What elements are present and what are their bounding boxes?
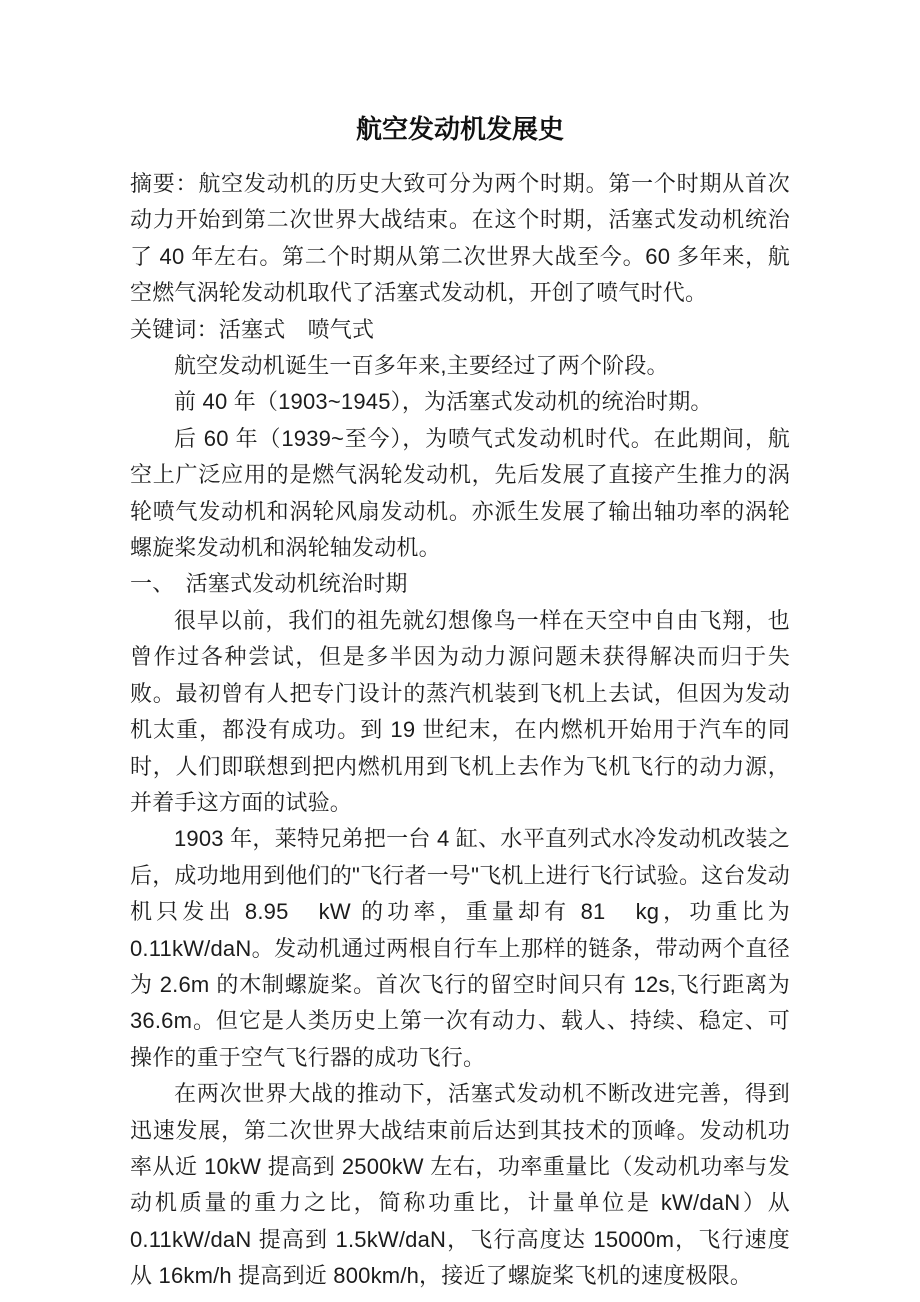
document-content: 航空发动机发展史 摘要：航空发动机的历史大致可分为两个时期。第一个时期从首次动力… — [130, 112, 790, 1295]
document-page: 航空发动机发展史 摘要：航空发动机的历史大致可分为两个时期。第一个时期从首次动力… — [0, 0, 920, 1302]
section-heading-piston-era: 一、 活塞式发动机统治时期 — [130, 566, 790, 602]
document-title: 航空发动机发展史 — [130, 112, 790, 146]
paragraph-world-wars: 在两次世界大战的推动下，活塞式发动机不断改进完善，得到迅速发展，第二次世界大战结… — [130, 1076, 790, 1294]
paragraph-wright-brothers: 1903 年，莱特兄弟把一台 4 缸、水平直列式水冷发动机改装之后，成功地用到他… — [130, 821, 790, 1076]
keywords-line: 关键词：活塞式 喷气式 — [130, 312, 790, 348]
paragraph-overview: 航空发动机诞生一百多年来,主要经过了两个阶段。 — [130, 348, 790, 384]
paragraph-first-40-years: 前 40 年（1903~1945），为活塞式发动机的统治时期。 — [130, 384, 790, 420]
paragraph-early-attempts: 很早以前，我们的祖先就幻想像鸟一样在天空中自由飞翔，也曾作过各种尝试，但是多半因… — [130, 603, 790, 821]
abstract-paragraph: 摘要：航空发动机的历史大致可分为两个时期。第一个时期从首次动力开始到第二次世界大… — [130, 166, 790, 312]
paragraph-last-60-years: 后 60 年（1939~至今），为喷气式发动机时代。在此期间，航空上广泛应用的是… — [130, 421, 790, 567]
